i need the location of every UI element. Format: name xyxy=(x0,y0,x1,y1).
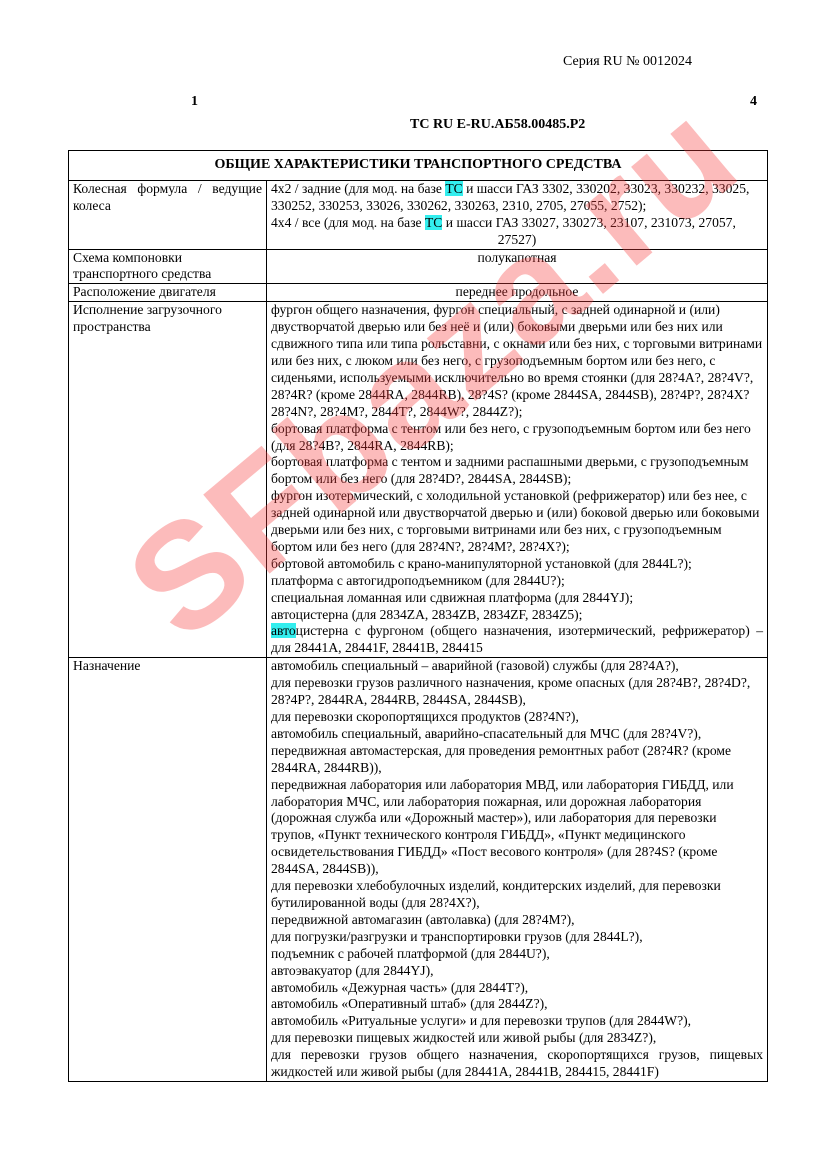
list-item: бортовая платформа с тентом или без него… xyxy=(271,421,763,455)
table-row: Расположение двигателя переднее продольн… xyxy=(69,284,768,302)
list-item: передвижная лаборатория или лаборатория … xyxy=(271,777,763,878)
table-title-row: ОБЩИЕ ХАРАКТЕРИСТИКИ ТРАНСПОРТНОГО СРЕДС… xyxy=(69,151,768,181)
list-item: автоцистерна с фургоном (общего назначен… xyxy=(271,623,763,657)
highlighted-text: ТС xyxy=(425,215,442,230)
row-value-purpose: автомобиль специальный – аварийной (газо… xyxy=(267,658,768,1082)
text-fragment: цистерна с фургоном (общего назначения, … xyxy=(271,623,763,655)
list-item: автомобиль «Ритуальные услуги» и для пер… xyxy=(271,1013,763,1030)
list-item: бортовой автомобиль с крано-манипуляторн… xyxy=(271,556,763,573)
list-item: автоцистерна (для 2834ZA, 2834ZB, 2834ZF… xyxy=(271,607,763,624)
list-item: автомобиль специальный, аварийно-спасате… xyxy=(271,726,763,743)
text-fragment: 27527) xyxy=(271,232,763,249)
row-label-layout: Схема компоновки транспортного средства xyxy=(69,249,267,284)
list-item: передвижной автомагазин (автолавка) (для… xyxy=(271,912,763,929)
page-number-right: 4 xyxy=(750,94,757,110)
list-item: автомобиль специальный – аварийной (газо… xyxy=(271,658,763,675)
list-item: для перевозки скоропортящихся продуктов … xyxy=(271,709,763,726)
text-fragment: и шасси ГАЗ 33027, 330273, 23107, 231073… xyxy=(442,215,735,230)
row-label-cargo-space: Исполнение загрузочного пространства xyxy=(69,302,267,658)
row-value-layout: полукапотная xyxy=(267,249,768,284)
highlighted-text: авто xyxy=(271,623,296,638)
list-item: для перевозки пищевых жидкостей или живо… xyxy=(271,1030,763,1047)
list-item: автомобиль «Оперативный штаб» (для 2844Z… xyxy=(271,996,763,1013)
row-label-purpose: Назначение xyxy=(69,658,267,1082)
table-row: Схема компоновки транспортного средства … xyxy=(69,249,768,284)
table-row: Исполнение загрузочного пространства фур… xyxy=(69,302,768,658)
list-item: подъемник с рабочей платформой (для 2844… xyxy=(271,946,763,963)
list-item: фургон общего назначения, фургон специал… xyxy=(271,302,763,420)
table-title: ОБЩИЕ ХАРАКТЕРИСТИКИ ТРАНСПОРТНОГО СРЕДС… xyxy=(69,151,768,181)
list-item: передвижная автомастерская, для проведен… xyxy=(271,743,763,777)
row-label-wheel-formula: Колесная формула / ведущие колеса xyxy=(69,180,267,249)
list-item: специальная ломанная или сдвижная платфо… xyxy=(271,590,763,607)
list-item: платформа с автогидроподъемником (для 28… xyxy=(271,573,763,590)
text-fragment: 4x4 / все (для мод. на базе xyxy=(271,215,425,230)
row-value-wheel-formula: 4x2 / задние (для мод. на базе ТС и шасс… xyxy=(267,180,768,249)
list-item: для перевозки грузов общего назначения, … xyxy=(271,1047,763,1081)
row-value-cargo-space: фургон общего назначения, фургон специал… xyxy=(267,302,768,658)
list-item: бортовая платформа с тентом и задними ра… xyxy=(271,454,763,488)
list-item: автомобиль «Дежурная часть» (для 2844T?)… xyxy=(271,980,763,997)
series-number: Серия RU № 0012024 xyxy=(563,54,692,70)
list-item: автоэвакуатор (для 2844YJ), xyxy=(271,963,763,980)
table-row: Назначение автомобиль специальный – авар… xyxy=(69,658,768,1082)
table-row: Колесная формула / ведущие колеса 4x2 / … xyxy=(69,180,768,249)
text-fragment: 4x2 / задние (для мод. на базе xyxy=(271,181,445,196)
row-label-engine-position: Расположение двигателя xyxy=(69,284,267,302)
page-number-left: 1 xyxy=(191,94,198,110)
highlighted-text: ТС xyxy=(445,181,462,196)
list-item: для перевозки хлебобулочных изделий, кон… xyxy=(271,878,763,912)
list-item: для перевозки грузов различного назначен… xyxy=(271,675,763,709)
list-item: для погрузки/разгрузки и транспортировки… xyxy=(271,929,763,946)
document-number: ТС RU E-RU.АБ58.00485.Р2 xyxy=(410,117,585,133)
list-item: фургон изотермический, с холодильной уст… xyxy=(271,488,763,556)
row-value-engine-position: переднее продольное xyxy=(267,284,768,302)
characteristics-table: ОБЩИЕ ХАРАКТЕРИСТИКИ ТРАНСПОРТНОГО СРЕДС… xyxy=(68,150,768,1082)
